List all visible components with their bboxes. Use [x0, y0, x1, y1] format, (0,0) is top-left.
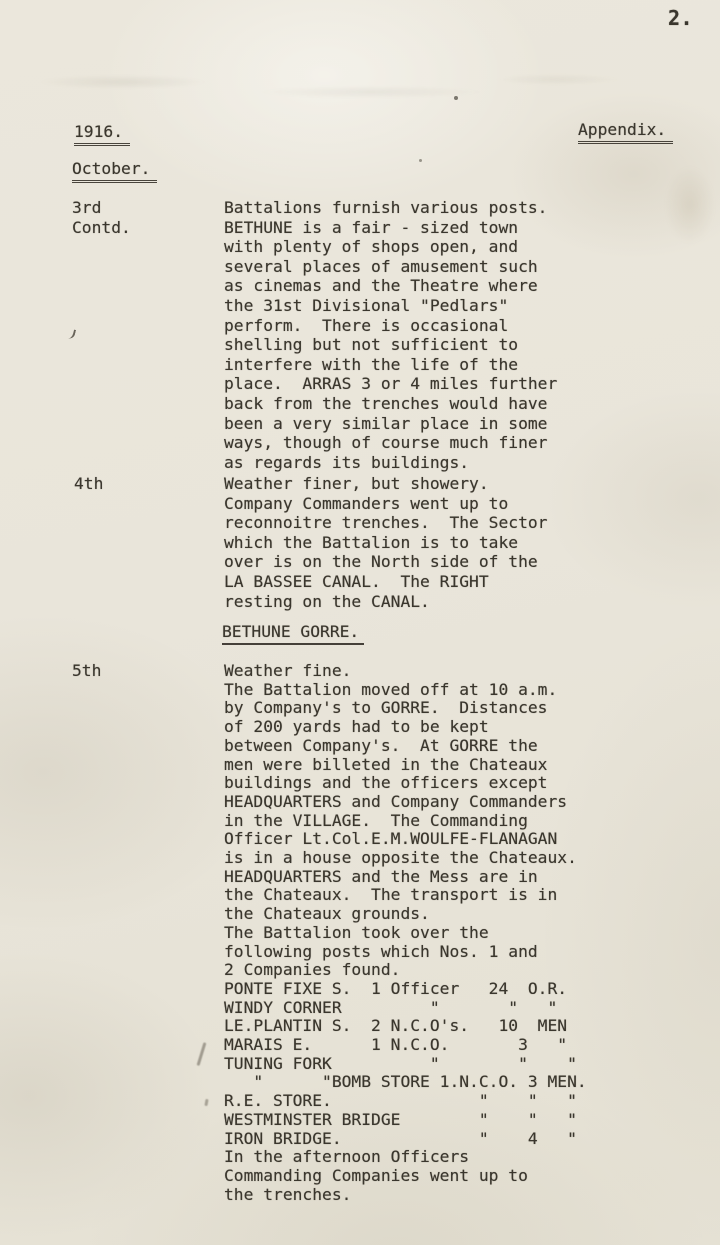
section-heading-bethune-gorre: BETHUNE GORRE.: [222, 622, 364, 645]
ink-dot-small: [419, 159, 422, 162]
paper-stain: [655, 150, 720, 260]
entry-5th-body: Weather fine. The Battalion moved off at…: [224, 662, 587, 1204]
section-heading-text: BETHUNE GORRE.: [222, 622, 364, 645]
pencil-slash-mark: [197, 1042, 206, 1066]
page-number: 2.: [668, 6, 693, 30]
entry-4th-body: Weather finer, but showery. Company Comm…: [224, 474, 547, 611]
month-heading: October.: [72, 159, 157, 183]
entry-5th-date-label: 5th: [72, 662, 101, 681]
document-page: 2. 1916. Appendix. October. 3rd Contd. B…: [0, 0, 720, 1245]
year-heading-text: 1916.: [74, 122, 130, 146]
year-heading: 1916.: [74, 122, 130, 146]
appendix-heading-text: Appendix.: [578, 120, 673, 144]
pencil-tick-mark: [204, 1099, 208, 1106]
paper-bleed-through: [30, 62, 650, 112]
entry-4th-date-label: 4th: [74, 474, 103, 494]
appendix-heading: Appendix.: [578, 120, 673, 144]
entry-3rd-date-label: 3rd Contd.: [72, 198, 131, 237]
month-heading-text: October.: [72, 159, 157, 183]
entry-3rd-body: Battalions furnish various posts. BETHUN…: [224, 198, 557, 472]
ink-smudge-mark: [67, 328, 76, 339]
